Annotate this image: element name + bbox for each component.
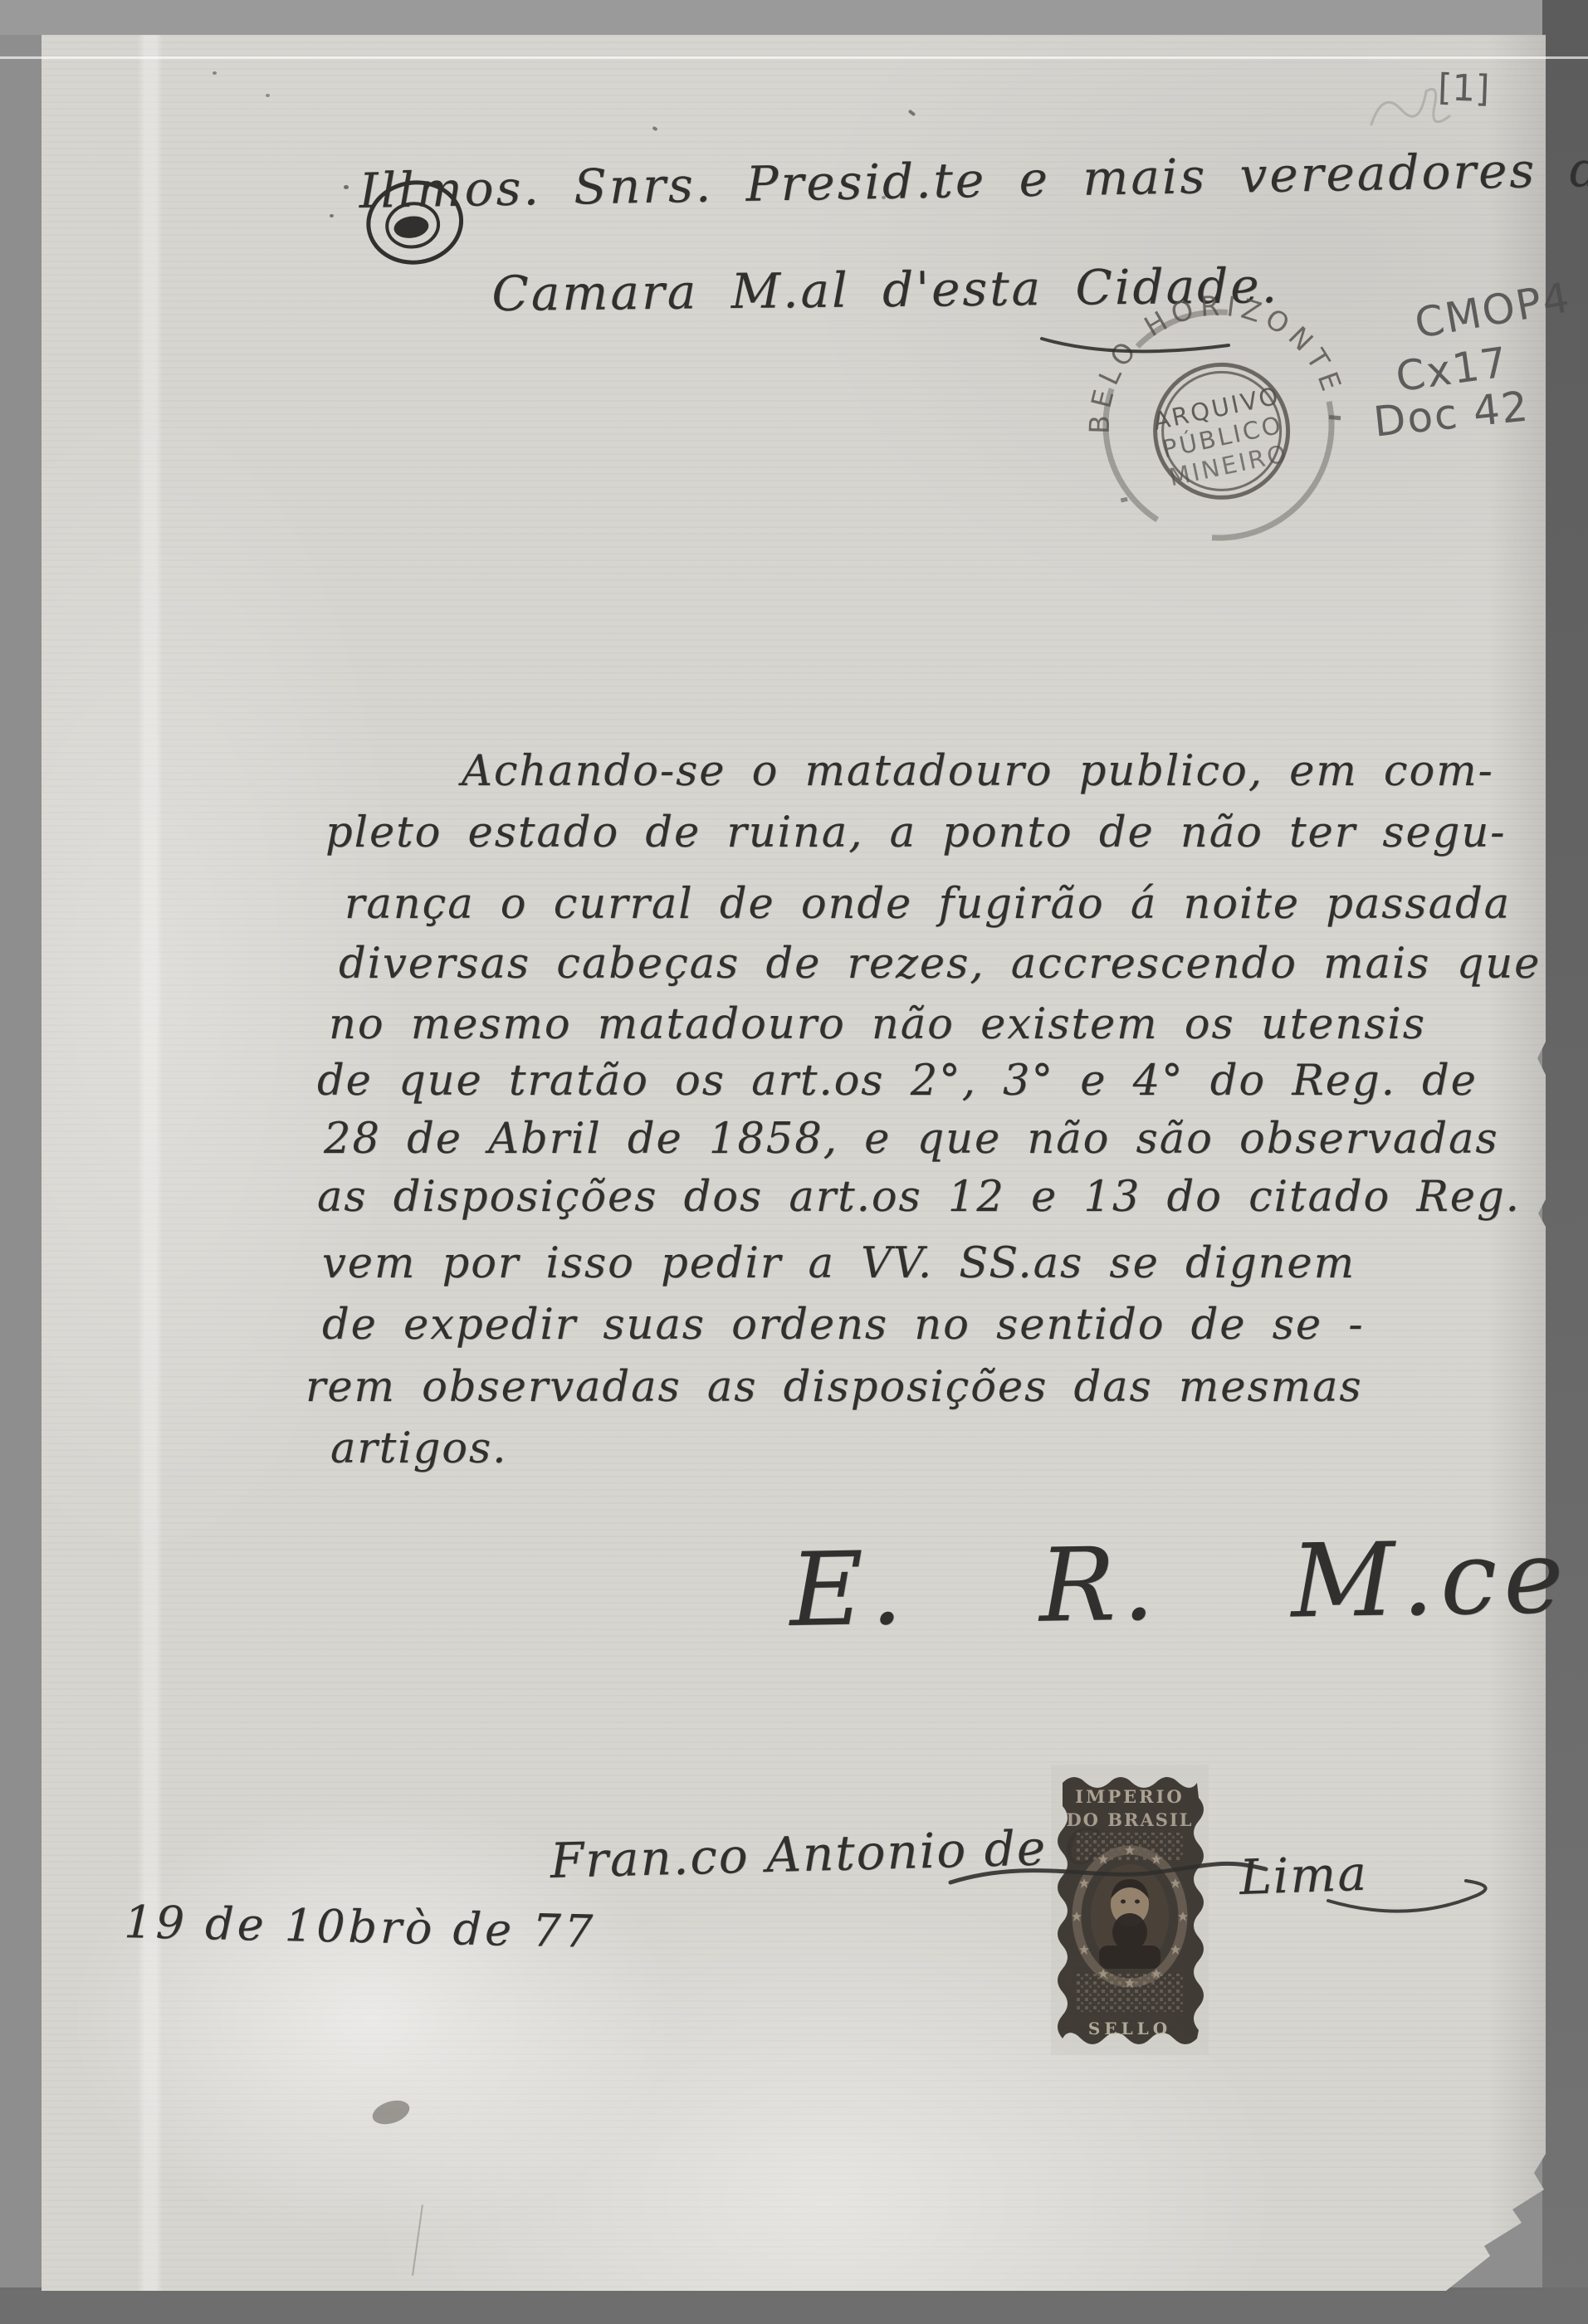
letter-body-line: de expedir suas ordens no sentido de se …: [322, 1301, 1364, 1350]
stamp-header-line-1: IMPERIO: [1075, 1786, 1184, 1807]
letter-body-line: rança o curral de onde fugirão á noite p…: [344, 880, 1511, 929]
archive-stamp: BELO HORIZONTE ARQUIVO PÚBLICO MINEIRO: [1079, 300, 1358, 554]
letter-body-line: no mesmo matadouro não existem os utensi…: [329, 1000, 1426, 1049]
dust-speck: [213, 71, 217, 75]
signature-surname: Lima: [1239, 1845, 1369, 1906]
letter-body-line: diversas cabeças de rezes, accrescendo m…: [339, 940, 1541, 989]
stamp-header-line-2: DO BRASIL: [1066, 1809, 1193, 1830]
letter-body-line: Achando-se o matadouro publico, em com-: [462, 747, 1494, 796]
ink-dot: [344, 185, 349, 189]
scanner-background-right: [1542, 0, 1588, 2324]
dust-speck: [266, 94, 270, 97]
stamp-footer-text: SELLO: [1088, 2019, 1171, 2038]
letter-body-line: 28 de Abril de 1858, e que não são obser…: [324, 1115, 1499, 1164]
date-line: 19 de 10brò de 77: [124, 1896, 597, 1958]
letter-body-line: pleto estado de ruina, a ponto de não te…: [325, 808, 1506, 857]
revenue-stamp: IMPERIO DO BRASIL SELLO: [1051, 1765, 1209, 2055]
stamp-ornament-band-bottom: [1076, 1974, 1184, 2012]
dust-speck: [882, 196, 886, 199]
letter-body-line: as disposições dos art.os 12 e 13 do cit…: [317, 1173, 1521, 1222]
scanner-background-top: [0, 0, 1588, 35]
page-number-annotation: [1]: [1437, 66, 1490, 110]
letter-body-line: rem observadas as disposições das mesmas: [305, 1363, 1363, 1412]
ink-dot: [330, 214, 334, 217]
letter-body-line: de que tratão os art.os 2°, 3° e 4° do R…: [317, 1057, 1478, 1106]
letter-closing-erm: E. R. M.ce: [789, 1518, 1571, 1649]
scanner-background-bottom: [0, 2287, 1588, 2324]
letter-body-line: vem por isso pedir a VV. SS.as se dignem: [322, 1239, 1356, 1288]
letter-body-line: artigos.: [330, 1424, 507, 1473]
scanner-light-line: [0, 56, 1588, 59]
scanned-document-page: Illmos. Snrs. Presid.te e mais vereadore…: [0, 0, 1588, 2324]
